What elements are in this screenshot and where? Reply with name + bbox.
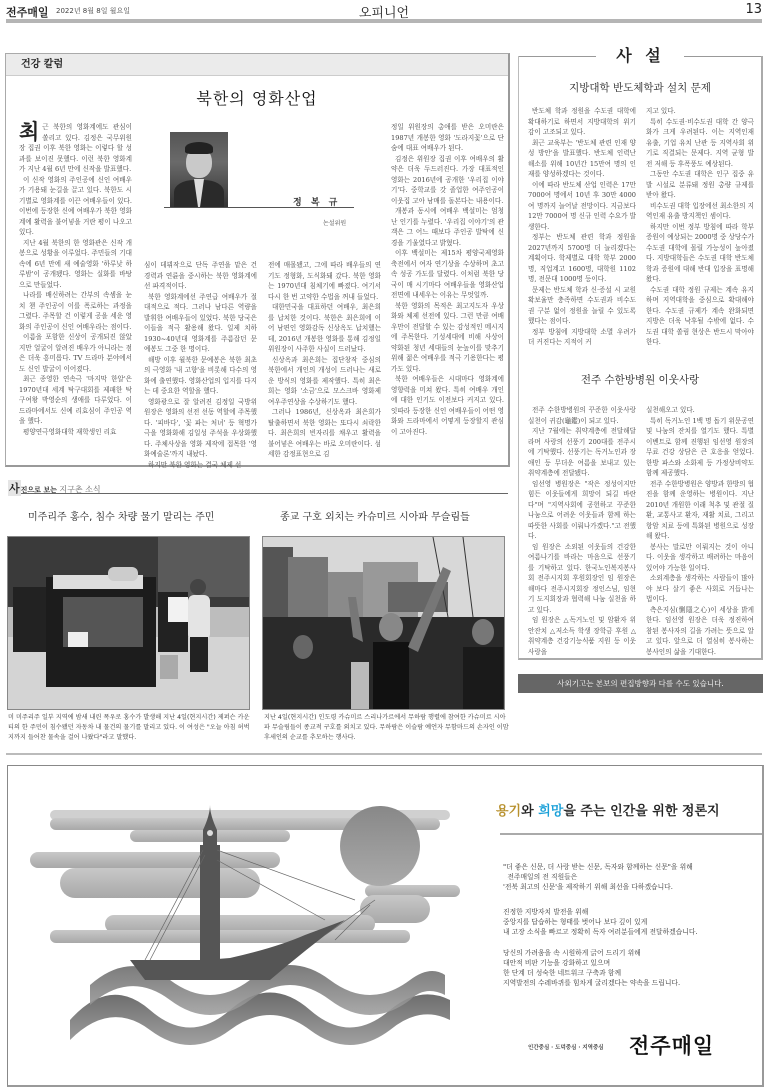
editorial-title-1: 지방대학 반도체학과 설치 문제 — [519, 80, 761, 95]
photo-title-1: 미주리주 홍수, 침수 차량 물기 말리는 주민 — [28, 508, 214, 523]
photo-news-header: 사진으로 보는 지구촌 소식 — [8, 477, 508, 494]
pen-ship-illustration — [25, 790, 465, 1050]
column-text-col3: 전에 매몰됐고, 그에 따라 배우들의 연기도 정형화, 도식화돼 갔다. 북한… — [268, 260, 381, 460]
promo-rule — [500, 833, 762, 835]
editorial-title-2: 전주 수한방병원 이웃사랑 — [519, 372, 761, 387]
column-text-col4: 정일 위원장의 총애를 받은 오미란은 1987년 개봉한 영화 '도라지꽃'으… — [391, 122, 504, 437]
promo-slogan: 용기와 희망을 주는 인간을 위한 정론지 — [496, 800, 720, 819]
section-divider — [6, 753, 762, 755]
promo-logo: 전주매일 — [629, 1030, 714, 1060]
kashmir-photo — [262, 536, 505, 710]
dropcap: 최 — [19, 122, 39, 142]
promo-paragraph-2: 진정한 지방자치 발전을 위해 중앙지를 답습하는 형태를 벗어나 보다 깊이 … — [503, 907, 698, 937]
column-text-col2: 심이 데뷔작으로 단독 주연을 맡은 건 경력과 연륜을 중시하는 북한 영화계… — [144, 260, 257, 470]
column-title: 북한의 영화산업 — [6, 86, 508, 109]
editorial-top-rule-left — [519, 56, 596, 57]
promo-tagline: 인간중심 · 도덕중심 · 지역중심 — [528, 1043, 604, 1051]
column-text-col1: 최근 북한의 영화계에도 관심이 쏠리고 있다. 김정은 국무위원장 집권 이후… — [19, 122, 132, 437]
author-photo — [170, 132, 228, 207]
masthead-rule — [6, 19, 762, 23]
editorial-top-rule-right — [684, 56, 761, 57]
editorial2-col2: 실천해오고 있다. 특히 독거노인 1백 명 돕기 위문공연 및 나눔의 잔치를… — [646, 405, 754, 657]
page-number: 13 — [745, 2, 762, 17]
health-column: 건강 칼럼 북한의 영화산업 최근 북한의 영화계에도 관심이 쏠리고 있다. … — [5, 53, 510, 467]
promo-paragraph-1: "더 좋은 신문, 더 사랑 받는 신문, 독자와 함께하는 신문"을 위해 전… — [503, 862, 693, 892]
promo-paragraph-3: 당신의 가려움을 속 시원하게 긁어 드리기 위해 대안적 비판 기능을 강화하… — [503, 948, 680, 988]
disclaimer-banner: 사외기고는 본보의 편집방향과 다를 수도 있습니다. — [518, 674, 763, 693]
photo-caption-1: 미 미주리주 일부 지역에 밤새 내린 폭우로 홍수가 발생해 지난 4일(현지… — [8, 713, 253, 743]
photo-caption-2: 지난 4일(현지시간) 인도령 카슈미르 스리나가르에서 무하람 행렬에 참여한… — [264, 713, 509, 743]
editorial1-col2: 지고 있다. 특히 수도권·비수도권 대학 간 양극화가 크게 우려된다. 이는… — [646, 106, 754, 348]
column-section-label: 건강 칼럼 — [6, 54, 508, 76]
editorial2-col1: 전주 수한방병원의 꾸준한 이웃사랑 실천이 귀감(龜鑑)이 되고 있다. 지난… — [528, 405, 636, 657]
author-role: 논설위원 — [323, 218, 346, 227]
editorial1-col1: 반도체 학과 정원을 수도권 대학에 확대하기로 하면서 지방대학의 위기감이 … — [528, 106, 636, 348]
flood-photo — [7, 536, 250, 710]
editorial-box: 지방대학 반도체학과 설치 문제 반도체 학과 정원을 수도권 대학에 확대하기… — [518, 56, 763, 660]
photo-title-2: 종교 구호 외치는 카슈미르 시아파 무슬림들 — [280, 508, 470, 523]
photo-news-initial: 사 — [8, 480, 21, 496]
author-name: 정 복 규 — [293, 195, 340, 208]
